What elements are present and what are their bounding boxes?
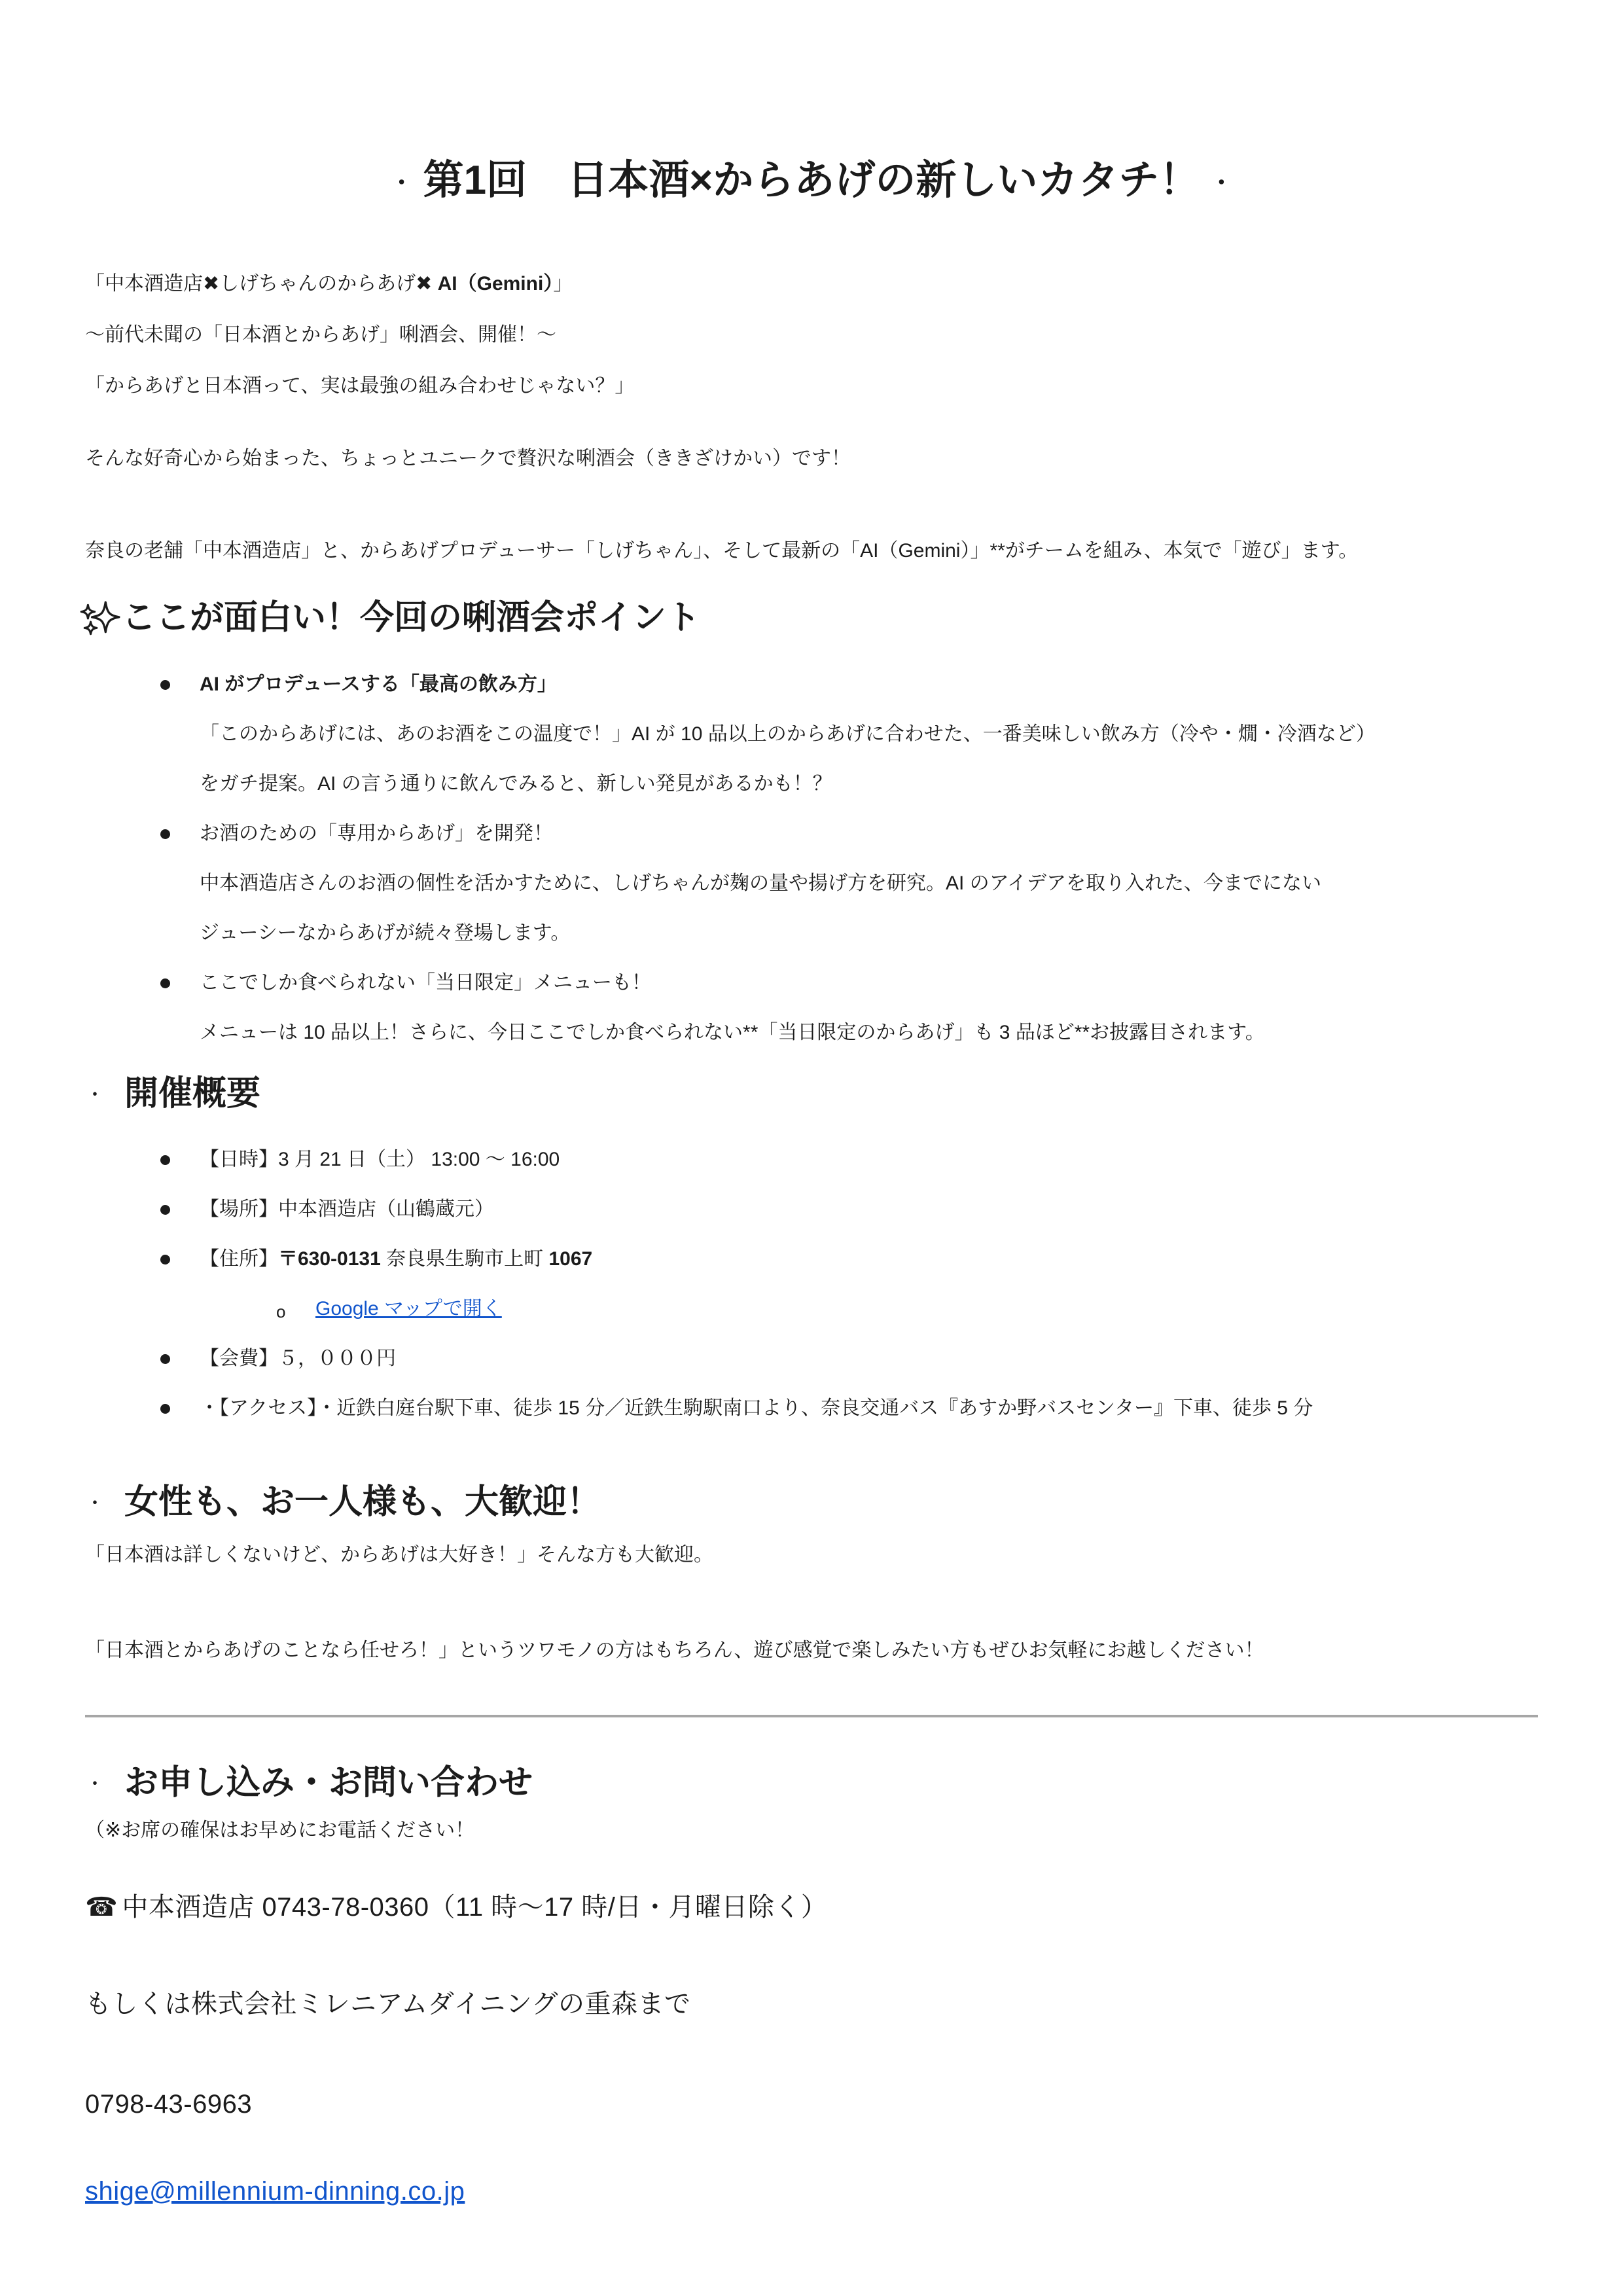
point-1-line-1: 「このからあげには、あのお酒をこの温度で！」AI が 10 品以上のからあげに合…	[200, 723, 1538, 746]
overview-item-access: ・【アクセス】・近鉄白庭台駅下車、徒歩 15 分／近鉄生駒駅南口より、奈良交通バ…	[85, 1397, 1538, 1420]
intro-paragraph-2: 奈良の老舗「中本酒造店」と、からあげプロデューサー「しげちゃん」、そして最新の「…	[85, 539, 1538, 563]
point-3-line-1: メニューは 10 品以上！さらに、今日ここでしか食べられない**「当日限定のから…	[200, 1021, 1538, 1045]
contact-note: （※お席の確保はお早めにお電話ください！	[85, 1819, 1538, 1842]
welcome-paragraph-1: 「日本酒は詳しくないけど、からあげは大好き！」そんな方も大歓迎。	[85, 1543, 1538, 1567]
contact-phone-text: 中本酒造店 0743-78-0360（11 時～17 時/日・月曜日除く）	[122, 1893, 827, 1922]
phone-icon: ☎	[85, 1893, 118, 1922]
points-heading-text: ここが面白い！今回の唎酒会ポイント	[122, 598, 700, 637]
intro-line-1: 「中本酒造店✖しげちゃんのからあげ✖ AI（Gemini）」	[85, 272, 1538, 296]
overview-item-datetime: 【日時】3 月 21 日（土） 13:00 ～ 16:00	[85, 1148, 1538, 1172]
bullet-icon	[160, 829, 170, 839]
contact-email-line: shige@millennium-dinning.co.jp	[85, 2176, 1538, 2207]
overview-access-text: ・【アクセス】・近鉄白庭台駅下車、徒歩 15 分／近鉄生駒駅南口より、奈良交通バ…	[200, 1397, 1313, 1419]
title-left-dot: ・	[391, 171, 413, 196]
point-3-title: ここでしか食べられない「当日限定」メニューも！	[200, 971, 1538, 995]
email-link[interactable]: shige@millennium-dinning.co.jp	[85, 2177, 465, 2206]
overview-heading: ・開催概要	[85, 1074, 1538, 1115]
bullet-icon	[160, 1404, 170, 1414]
contact-phone-line: ☎中本酒造店 0743-78-0360（11 時～17 時/日・月曜日除く）	[85, 1892, 1538, 1923]
sparkles-icon	[80, 600, 120, 640]
point-2-title: お酒のための「専用からあげ」を開発！	[200, 822, 1538, 846]
contact-alt-line: もしくは株式会社ミレニアムダイニングの重森まで	[85, 1988, 1538, 2020]
contact-phone2: 0798-43-6963	[85, 2089, 1538, 2120]
welcome-heading-dot: ・	[85, 1493, 105, 1515]
point-item-2: お酒のための「専用からあげ」を開発！ 中本酒造店さんのお酒の個性を活かすために、…	[85, 822, 1538, 945]
overview-address-label: 【住所】	[200, 1248, 278, 1270]
intro-paragraph-1: そんな好奇心から始まった、ちょっとユニークで贅沢な唎酒会（ききざけかい）です！	[85, 447, 1538, 471]
point-item-3: ここでしか食べられない「当日限定」メニューも！ メニューは 10 品以上！さらに…	[85, 971, 1538, 1045]
overview-place-text: 【場所】中本酒造店（山鶴蔵元）	[200, 1198, 494, 1220]
page-title: ・第1回 日本酒×からあげの新しいカタチ！・	[85, 157, 1538, 207]
intro-line-3: 「からあげと日本酒って、実は最強の組み合わせじゃない？」	[85, 374, 1538, 398]
circle-bullet-icon: o	[276, 1300, 285, 1323]
intro-line-1-pre: 「中本酒造店✖しげちゃんのからあげ✖	[85, 273, 438, 295]
welcome-paragraph-2: 「日本酒とからあげのことなら任せろ！」というツワモノの方はもちろん、遊び感覚で楽…	[85, 1639, 1538, 1662]
page-title-text: 第1回 日本酒×からあげの新しいカタチ！	[423, 158, 1200, 203]
welcome-heading: ・女性も、お一人様も、大歓迎！	[85, 1482, 1538, 1524]
overview-address-zip: 〒630-0131	[278, 1248, 381, 1270]
document-page: ・第1回 日本酒×からあげの新しいカタチ！・ 「中本酒造店✖しげちゃんのからあげ…	[0, 0, 1623, 2207]
contact-heading-text: お申し込み・お問い合わせ	[124, 1764, 533, 1802]
welcome-heading-text: 女性も、お一人様も、大歓迎！	[124, 1483, 601, 1521]
point-2-line-2: ジューシーなからあげが続々登場します。	[200, 922, 1538, 945]
bullet-icon	[160, 680, 170, 690]
bullet-icon	[160, 1255, 170, 1265]
point-2-line-1: 中本酒造店さんのお酒の個性を活かすために、しげちゃんが麹の量や揚げ方を研究。AI…	[200, 872, 1538, 895]
overview-heading-dot: ・	[85, 1085, 105, 1106]
overview-item-place: 【場所】中本酒造店（山鶴蔵元）	[85, 1198, 1538, 1221]
overview-item-fee: 【会費】５，０００円	[85, 1347, 1538, 1371]
google-maps-link[interactable]: Google マップで開く	[315, 1298, 502, 1319]
overview-address-city: 奈良県生駒市上町	[381, 1248, 549, 1270]
title-right-dot: ・	[1210, 171, 1232, 196]
bullet-icon	[160, 1354, 170, 1364]
overview-heading-text: 開催概要	[124, 1075, 260, 1113]
bullet-icon	[160, 978, 170, 988]
bullet-icon	[160, 1155, 170, 1165]
point-1-line-2: をガチ提案。AI の言う通りに飲んでみると、新しい発見があるかも！？	[200, 772, 1538, 796]
section-divider	[85, 1715, 1538, 1717]
bullet-icon	[160, 1205, 170, 1215]
overview-fee-text: 【会費】５，０００円	[200, 1348, 396, 1369]
contact-heading: ・お申し込み・お問い合わせ	[85, 1763, 1538, 1804]
contact-heading-dot: ・	[85, 1774, 105, 1795]
intro-line-1-post: 」	[553, 273, 573, 295]
point-1-title: AI がプロデュースする「最高の飲み方」	[200, 673, 1538, 696]
overview-datetime-text: 【日時】3 月 21 日（土） 13:00 ～ 16:00	[200, 1149, 560, 1170]
points-heading: ここが面白い！今回の唎酒会ポイント	[85, 596, 1538, 640]
point-item-1: AI がプロデュースする「最高の飲み方」 「このからあげには、あのお酒をこの温度…	[85, 673, 1538, 796]
overview-subitem-map: o Google マップで開く	[85, 1297, 1538, 1321]
intro-line-1-bold: AI（Gemini）	[438, 273, 554, 295]
overview-address-number: 1067	[548, 1248, 592, 1270]
overview-item-address: 【住所】〒630-0131 奈良県生駒市上町 1067	[85, 1247, 1538, 1271]
intro-line-2: ～前代未聞の「日本酒とからあげ」唎酒会、開催！～	[85, 323, 1538, 347]
